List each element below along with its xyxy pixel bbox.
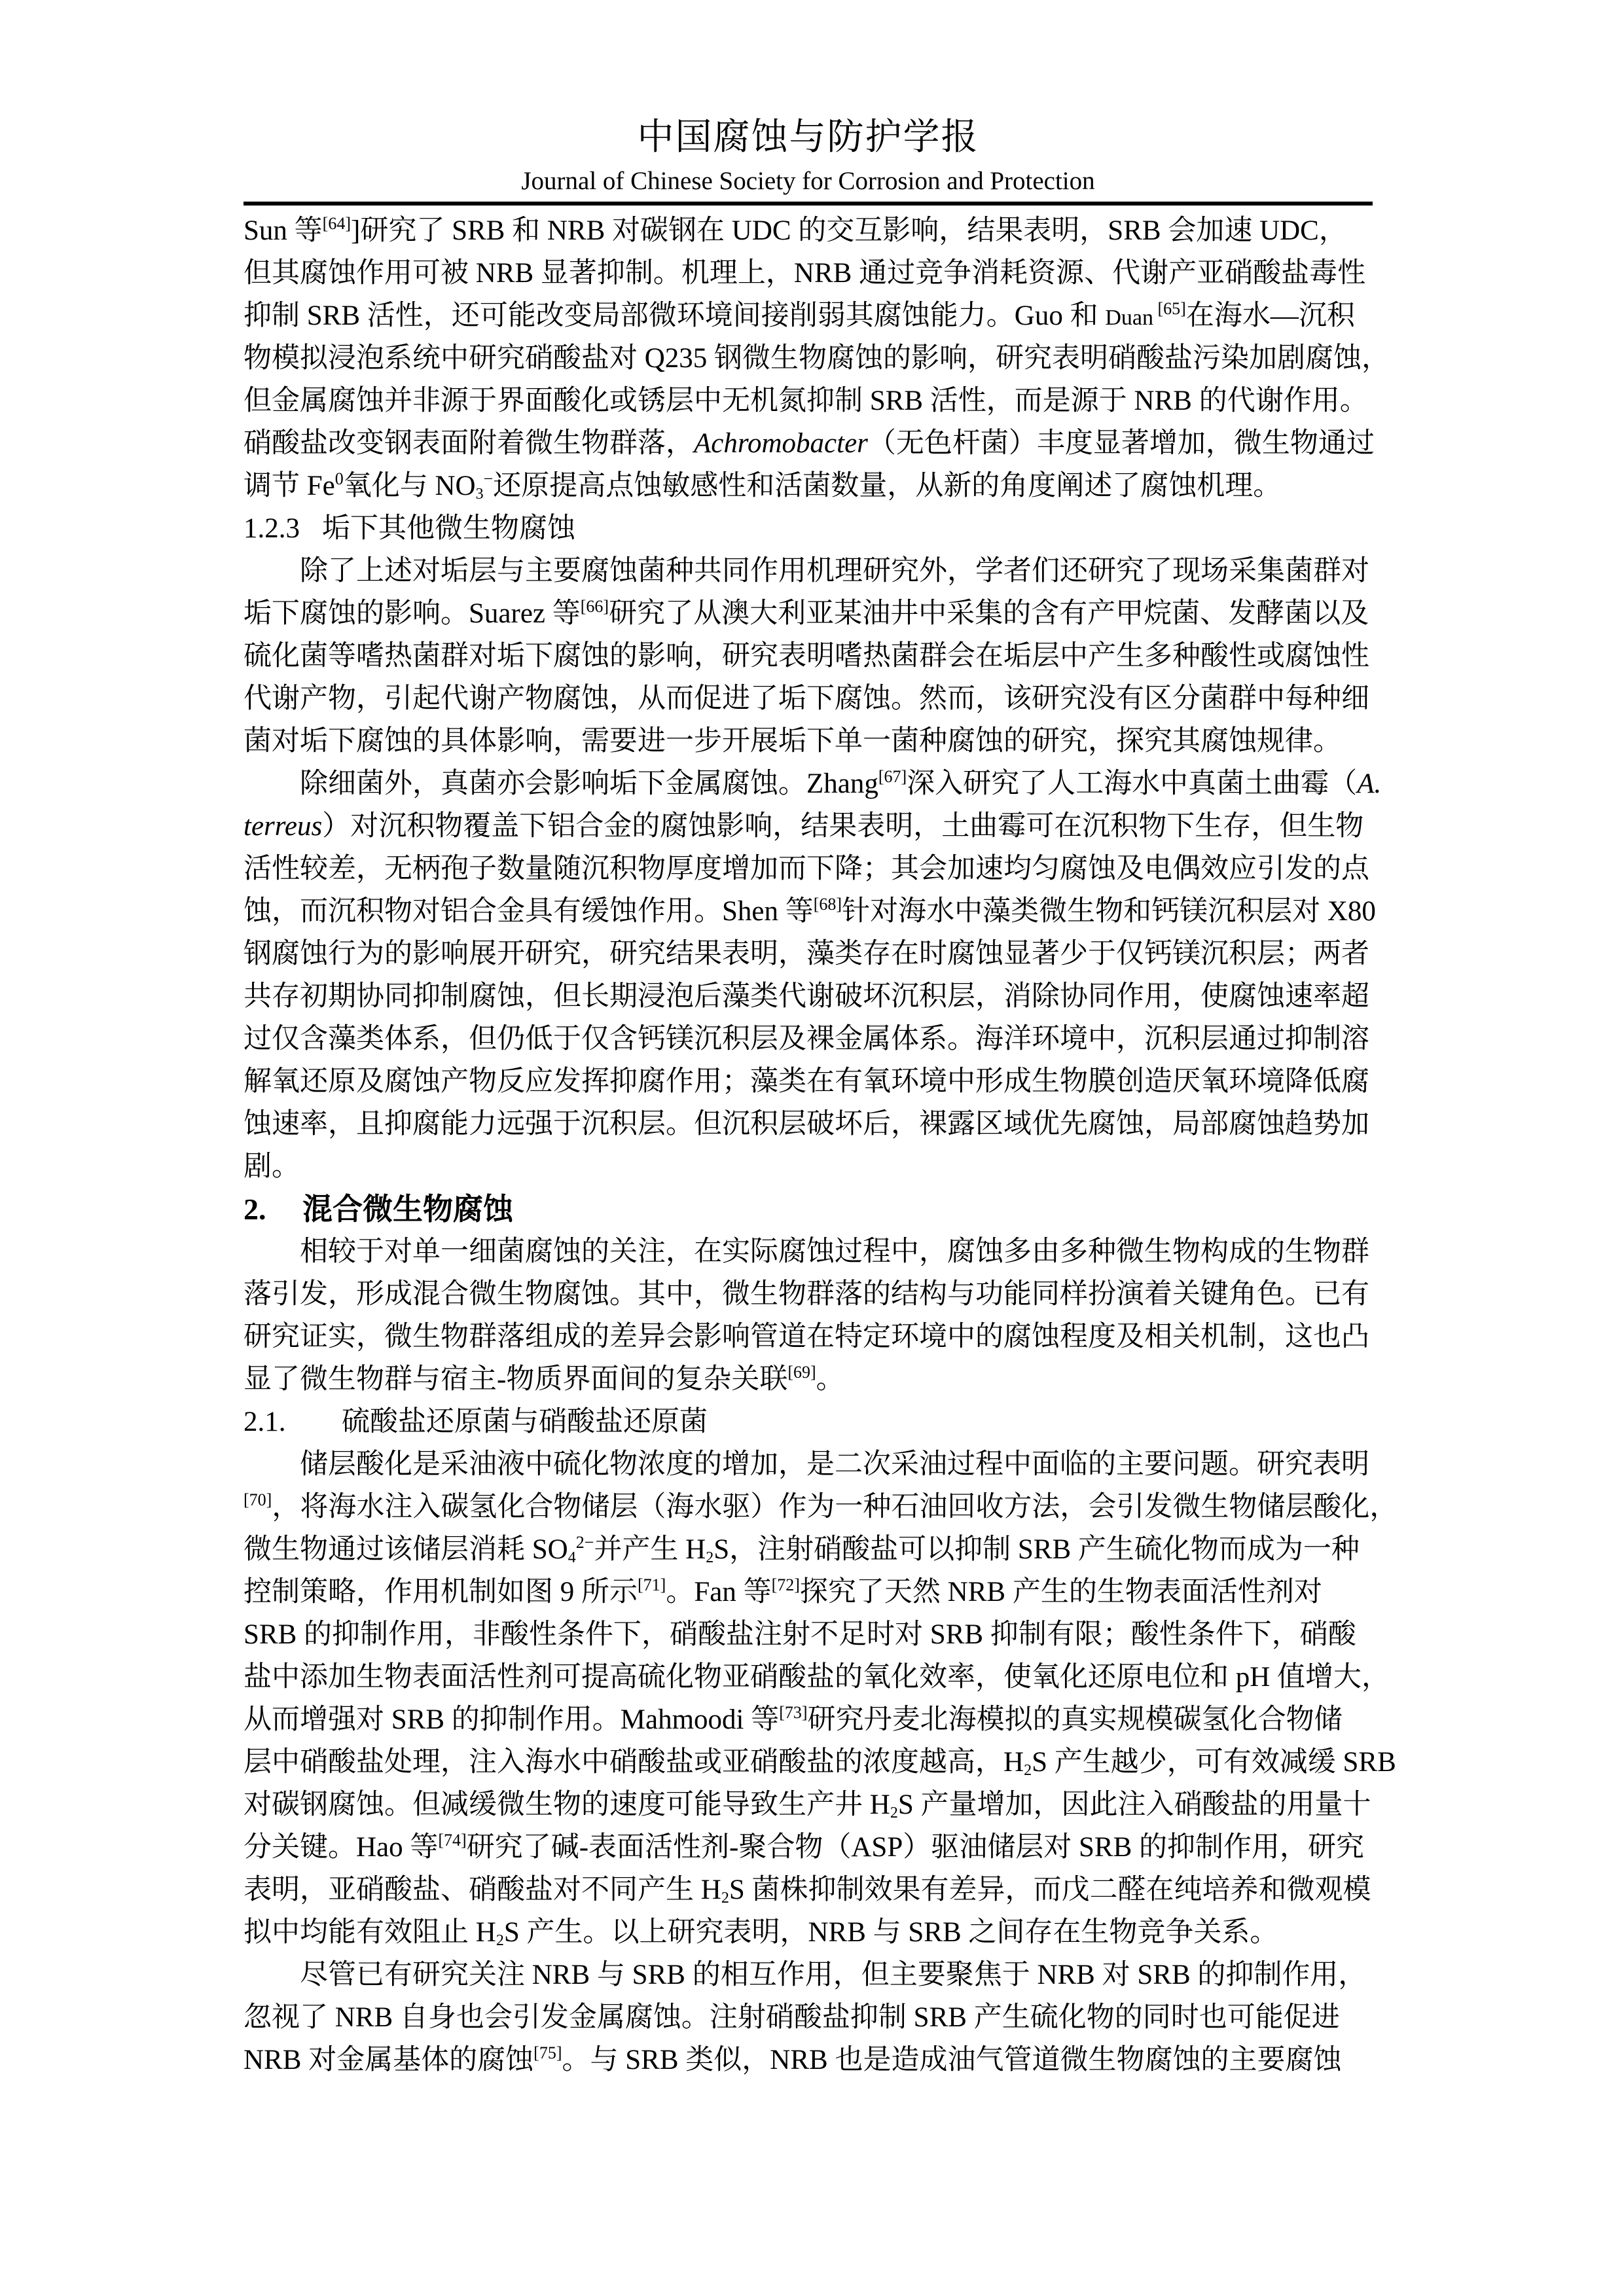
paragraph: 除了上述对垢层与主要腐蚀菌种共同作用机理研究外，学者们还研究了现场采集菌群对 垢…	[244, 550, 1373, 762]
citation[interactable]: [72]	[772, 1575, 800, 1594]
citation[interactable]: [69]	[787, 1363, 816, 1382]
citation[interactable]: [64]	[323, 214, 351, 233]
paragraph: 储层酸化是采油液中硫化物浓度的增加，是二次采油过程中面临的主要问题。研究表明 […	[244, 1443, 1373, 1954]
species-name: Achromobacter	[694, 428, 868, 459]
citation[interactable]: [67]	[878, 767, 907, 786]
section-heading-2: 2.混合微生物腐蚀	[244, 1188, 1373, 1230]
citation[interactable]: [74]	[438, 1831, 466, 1850]
citation[interactable]: [71]	[638, 1575, 666, 1594]
citation[interactable]: [75]	[533, 2043, 562, 2062]
citation[interactable]: [65]	[1153, 299, 1186, 318]
paragraph: 除细菌外，真菌亦会影响垢下金属腐蚀。Zhang[67]深入研究了人工海水中真菌土…	[244, 762, 1373, 1188]
citation[interactable]: [70]	[244, 1490, 272, 1509]
journal-title-cn: 中国腐蚀与防护学报	[244, 117, 1373, 158]
paragraph: Sun 等[64]]研究了 SRB 和 NRB 对碳钢在 UDC 的交互影响，结…	[244, 209, 1373, 507]
header-rule	[244, 202, 1373, 206]
citation[interactable]: [68]	[814, 895, 842, 914]
paragraph: 相较于对单一细菌腐蚀的关注，在实际腐蚀过程中，腐蚀多由多种微生物构成的生物群 落…	[244, 1230, 1373, 1401]
section-heading-2-1: 2.1.硫酸盐还原菌与硝酸盐还原菌	[244, 1401, 1373, 1443]
citation[interactable]: [73]	[779, 1703, 807, 1722]
journal-title-en: Journal of Chinese Society for Corrosion…	[244, 166, 1373, 196]
section-heading-1-2-3: 1.2.3垢下其他微生物腐蚀	[244, 507, 1373, 550]
body-text: Sun 等[64]]研究了 SRB 和 NRB 对碳钢在 UDC 的交互影响，结…	[244, 209, 1373, 2081]
paragraph: 尽管已有研究关注 NRB 与 SRB 的相互作用，但主要聚焦于 NRB 对 SR…	[244, 1954, 1373, 2081]
citation[interactable]: [66]	[581, 597, 609, 616]
